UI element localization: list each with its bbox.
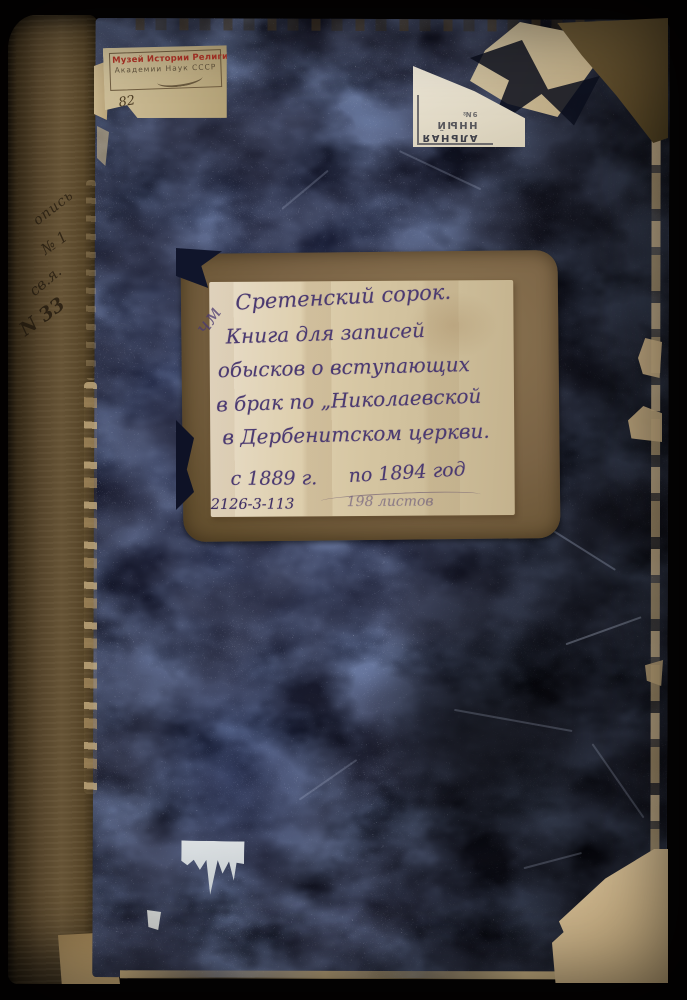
title-line-vbrak: в брак по „Николаевской bbox=[216, 384, 482, 417]
spine-joint-abrasion-upper bbox=[86, 180, 96, 380]
label-fragment-line: АЛЬНАЯ bbox=[421, 131, 477, 144]
label-fragment-line: 9№ bbox=[421, 109, 477, 118]
title-line-tserkvi: в Дербенитском церкви. bbox=[222, 419, 490, 450]
upside-down-label-text: АЛЬНАЯ ННЫЙ 9№ bbox=[421, 109, 477, 143]
stamp-border-box: Музей Истории Религии Академии Наук СССР bbox=[109, 49, 222, 91]
date-to: по 1894 год bbox=[348, 458, 466, 487]
spine-joint-abrasion bbox=[84, 382, 97, 794]
cover-right-worn-edge bbox=[650, 57, 661, 964]
book-cover-photo: опись № 1 св.я. N 33 bbox=[0, 0, 687, 1000]
date-from: с 1889 г. bbox=[230, 467, 317, 490]
cover-blue-sheen-patch bbox=[107, 607, 358, 948]
cover-dark-wear-patch bbox=[317, 528, 638, 929]
archive-code: 2126-3-113 bbox=[211, 496, 295, 513]
title-line-kniga: Книга для записей bbox=[225, 318, 425, 349]
title-line-sorok: Сретенский сорок. bbox=[235, 280, 452, 315]
pages-note: 198 листов bbox=[347, 494, 434, 511]
title-line-obyskov: обысков о вступающих bbox=[218, 352, 471, 382]
title-label-paper: чм Сретенский сорок. Книга для записей о… bbox=[209, 280, 515, 517]
label-fragment-line: ННЫЙ bbox=[421, 118, 477, 131]
